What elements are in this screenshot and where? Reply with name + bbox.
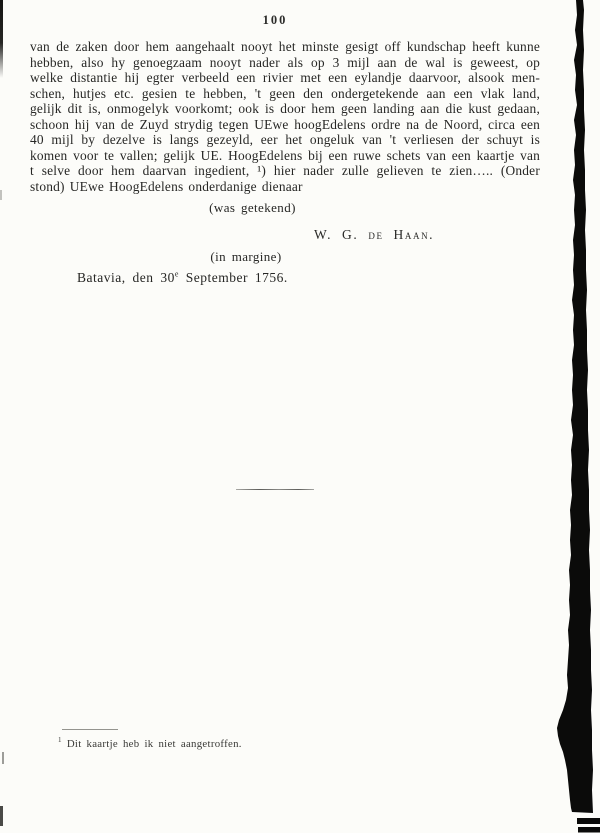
scan-bar-bottom-1: [577, 818, 600, 824]
body-line: t selve door hem daarvan ingedient, ¹) h…: [30, 163, 540, 179]
section-divider-rule: [236, 489, 314, 490]
was-getekend-note: (was getekend): [30, 200, 475, 216]
dateline: Batavia, den 30e September 1756.: [77, 270, 288, 286]
footnote-rule: [62, 729, 118, 730]
scan-bar-bottom-2: [578, 827, 600, 833]
scan-edge-artifact: [0, 806, 3, 826]
scan-edge-artifact: [0, 190, 2, 200]
body-line: stond) UEwe HoogEdelens onderdanige dien…: [30, 179, 540, 195]
body-line: hebben, also hy genoegzaam nooyt nader a…: [30, 55, 540, 71]
signature-name: W. G. de Haan.: [314, 227, 434, 243]
footnote: 1Dit kaartje heb ik niet aangetroffen.: [58, 738, 242, 750]
body-line: 40 mijl by dezelve is langs gezeyld, eer…: [30, 132, 540, 148]
body-line: welke distantie hij egter verbeeld een r…: [30, 70, 540, 86]
dateline-text: Batavia, den 30: [77, 270, 175, 285]
body-line: schoon hij van de Zuyd strydig tegen UEw…: [30, 117, 540, 133]
body-line: komen voor te vallen; gelijk UE. HoogEde…: [30, 148, 540, 164]
scan-edge-artifact: [2, 752, 4, 764]
scan-edge-artifact-top-left: [0, 0, 3, 78]
body-line: schen, hutjes etc. gesien te hebben, 't …: [30, 86, 540, 102]
dateline-text: September 1756.: [179, 270, 288, 285]
footnote-text: Dit kaartje heb ik niet aangetroffen.: [67, 738, 242, 750]
in-margine-note: (in margine): [30, 249, 462, 265]
footnote-marker: 1: [58, 736, 62, 744]
body-line: van de zaken door hem aangehaalt nooyt h…: [30, 39, 540, 55]
body-paragraph: van de zaken door hem aangehaalt nooyt h…: [30, 39, 540, 194]
scan-band-right-edge: [550, 0, 600, 833]
page-number: 100: [30, 13, 520, 28]
body-line: gelijk dit is, onmogelyk voorkomt; ook i…: [30, 101, 540, 117]
scanned-book-page: 100 van de zaken door hem aangehaalt noo…: [0, 0, 600, 833]
